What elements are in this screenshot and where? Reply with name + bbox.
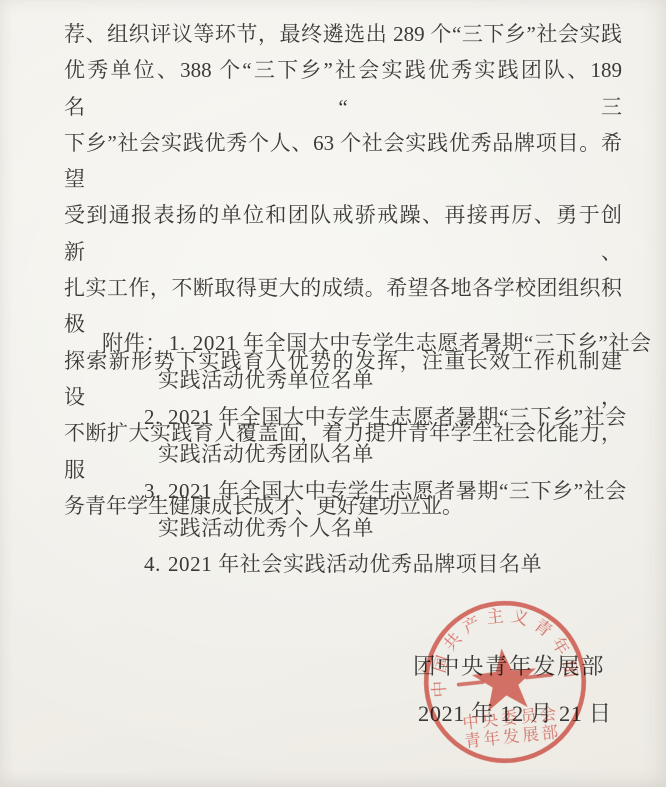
attachment-item-1: 附件：1.2021 年全国大中专学生志愿者暑期“三下乡”社会 (102, 327, 652, 357)
attachment-number: 2. (144, 405, 161, 429)
attachment-number: 4. (144, 552, 161, 576)
attachment-item-4: 4.2021 年社会实践活动优秀品牌项目名单 (144, 548, 542, 578)
attachment-title: 2021 年全国大中专学生志愿者暑期“三下乡”社会 (168, 405, 627, 429)
attachment-item-2-continuation: 实践活动优秀团队名单 (158, 438, 374, 468)
body-line: 优秀单位、388 个“三下乡”社会实践优秀实践团队、189 名“三 (64, 52, 622, 125)
attachment-item-1-continuation: 实践活动优秀单位名单 (158, 364, 374, 394)
body-line: 荐、组织评议等环节，最终遴选出 289 个“三下乡”社会实践 (64, 16, 622, 52)
body-line: 受到通报表扬的单位和团队戒骄戒躁、再接再厉、勇于创新、 (64, 197, 622, 270)
attachment-title: 实践活动优秀单位名单 (158, 368, 374, 392)
attachment-item-3: 3.2021 年全国大中专学生志愿者暑期“三下乡”社会 (144, 475, 627, 505)
document-page: 荐、组织评议等环节，最终遴选出 289 个“三下乡”社会实践 优秀单位、388 … (0, 0, 666, 787)
attachment-item-3-continuation: 实践活动优秀个人名单 (158, 512, 374, 542)
official-seal: 中国共产主义青年团 中央委员会 青年发展部 (407, 584, 603, 780)
attachment-title: 2021 年全国大中专学生志愿者暑期“三下乡”社会 (168, 479, 627, 503)
attachment-number: 1. (169, 331, 186, 355)
body-line: 下乡”社会实践优秀个人、63 个社会实践优秀品牌项目。希望 (64, 125, 622, 198)
attachment-number: 3. (144, 479, 161, 503)
attachment-title: 2021 年社会实践活动优秀品牌项目名单 (168, 552, 542, 576)
attachment-title: 实践活动优秀团队名单 (158, 442, 374, 466)
attachment-title: 实践活动优秀个人名单 (158, 516, 374, 540)
attachment-item-2: 2.2021 年全国大中专学生志愿者暑期“三下乡”社会 (144, 401, 627, 431)
seal-dash-left-icon (457, 680, 485, 687)
attachment-title: 2021 年全国大中专学生志愿者暑期“三下乡”社会 (193, 331, 652, 355)
attachments-label: 附件： (102, 331, 167, 355)
